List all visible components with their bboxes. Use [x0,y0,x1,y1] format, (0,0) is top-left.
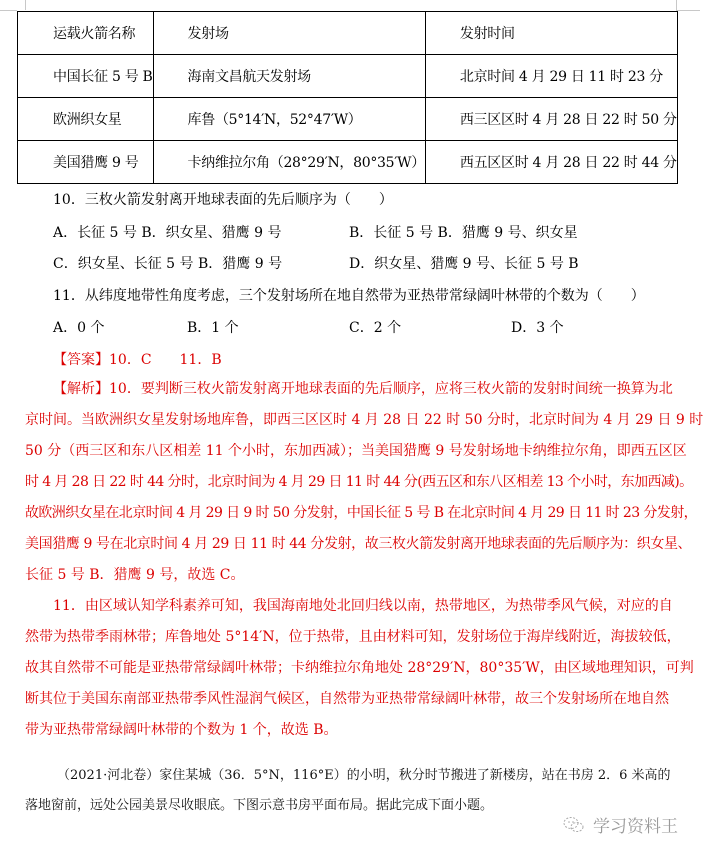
analysis-10-line: 时 4 月 28 日 22 时 44 分时，北京时间为 4 月 29 日 11 … [25,467,681,498]
analysis-question-11: 11．由区域认知学科素养可知，我国海南地处北回归线以南，热带地区，为热带季风气候… [25,591,681,746]
table-cell-time: 西五区区时 4 月 28 日 22 时 44 分 [425,141,677,184]
question-10-stem: 10．三枚火箭发射离开地球表面的先后顺序为（ ） [53,189,393,209]
answer-text: 10．C 11．B [109,352,222,368]
question-10-option-b[interactable]: B．长征 5 号 B．猎鹰 9 号、织女星 [349,222,578,242]
next-material-line-1: （2021·河北卷）家住某城（36．5°N，116°E）的小明，秋分时节搬进了新… [57,764,671,783]
launch-table: 运载火箭名称 发射场 发射时间 中国长征 5 号 B 海南文昌航天发射场 北京时… [17,11,678,184]
table-row: 欧洲织女星 库鲁（5°14′N，52°47′W） 西三区区时 4 月 28 日 … [18,98,678,141]
answer-line: 【答案】10．C 11．B [53,349,222,369]
crop-mark-left-horizontal [0,10,17,11]
crop-mark-left-vertical [25,0,26,10]
analysis-10-line: 50 分（西三区和东八区相差 11 个小时，东加西减）；当美国猎鹰 9 号发射场… [25,436,681,467]
question-11-stem: 11．从纬度地带性角度考虑，三个发射场所在地自然带为亚热带常绿阔叶林带的个数为（… [53,285,645,305]
table-cell-site: 库鲁（5°14′N，52°47′W） [153,98,425,141]
table-cell-site: 海南文昌航天发射场 [153,55,425,98]
crop-mark-right-horizontal [676,10,700,11]
table-cell-site: 卡纳维拉尔角（28°29′N，80°35′W） [153,141,425,184]
question-10-option-c[interactable]: C．织女星、长征 5 号 B．猎鹰 9 号 [53,253,282,273]
analysis-10-line: 美国猎鹰 9 号在北京时间 4 月 29 日 11 时 44 分发射，故三枚火箭… [25,529,681,560]
table-row: 中国长征 5 号 B 海南文昌航天发射场 北京时间 4 月 29 日 11 时 … [18,55,678,98]
table-cell-time: 西三区区时 4 月 28 日 22 时 50 分 [425,98,677,141]
question-11-option-d[interactable]: D．3 个 [511,317,564,337]
question-10-option-d[interactable]: D．织女星、猎鹰 9 号、长征 5 号 B [349,253,579,273]
wechat-icon [563,816,585,834]
analysis-question-10: 【解析】10．要判断三枚火箭发射离开地球表面的先后顺序，应将三枚火箭的发射时间统… [25,374,681,591]
table-row: 美国猎鹰 9 号 卡纳维拉尔角（28°29′N，80°35′W） 西五区区时 4… [18,141,678,184]
analysis-11-line: 然带为热带季雨林带；库鲁地处 5°14′N，位于热带，且由材料可知，发射场位于海… [25,622,681,653]
next-material-line-2: 落地窗前，远处公园美景尽收眼底。下图示意书房平面布局。据此完成下面小题。 [25,794,493,813]
watermark-text: 学习资料王 [593,812,678,837]
table-cell-rocket: 中国长征 5 号 B [18,55,154,98]
crop-mark-right-vertical [676,0,677,10]
question-11-option-a[interactable]: A．0 个 [53,317,104,337]
table-cell-rocket: 欧洲织女星 [18,98,154,141]
table-header-row: 运载火箭名称 发射场 发射时间 [18,12,678,55]
table-cell-rocket: 美国猎鹰 9 号 [18,141,154,184]
watermark: 学习资料王 [563,812,678,837]
analysis-11-line: 断其位于美国东南部亚热带季风性湿润气候区，自然带为亚热带常绿阔叶林带，故三个发射… [25,684,681,715]
analysis-10-line: 故欧洲织女星在北京时间 4 月 29 日 9 时 50 分发射，中国长征 5 号… [25,498,681,529]
answer-label: 【答案】 [53,352,109,368]
table-header-time: 发射时间 [425,12,677,55]
analysis-10-line: 长征 5 号 B．猎鹰 9 号，故选 C。 [25,560,681,591]
question-11-option-c[interactable]: C．2 个 [349,317,401,337]
question-10-option-a[interactable]: A．长征 5 号 B．织女星、猎鹰 9 号 [53,222,281,242]
table-cell-time: 北京时间 4 月 29 日 11 时 23 分 [425,55,677,98]
question-11-option-b[interactable]: B．1 个 [187,317,239,337]
analysis-10-line: 京时间。当欧洲织女星发射场地库鲁，即西三区区时 4 月 28 日 22 时 50… [25,405,681,436]
analysis-10-line: 【解析】10．要判断三枚火箭发射离开地球表面的先后顺序，应将三枚火箭的发射时间统… [25,374,681,405]
analysis-11-line: 11．由区域认知学科素养可知，我国海南地处北回归线以南，热带地区，为热带季风气候… [25,591,681,622]
table-header-site: 发射场 [153,12,425,55]
table-header-rocket: 运载火箭名称 [18,12,154,55]
analysis-11-line: 带为亚热带常绿阔叶林带的个数为 1 个，故选 B。 [25,715,681,746]
analysis-11-line: 故其自然带不可能是亚热带常绿阔叶林带；卡纳维拉尔角地处 28°29′N，80°3… [25,653,681,684]
